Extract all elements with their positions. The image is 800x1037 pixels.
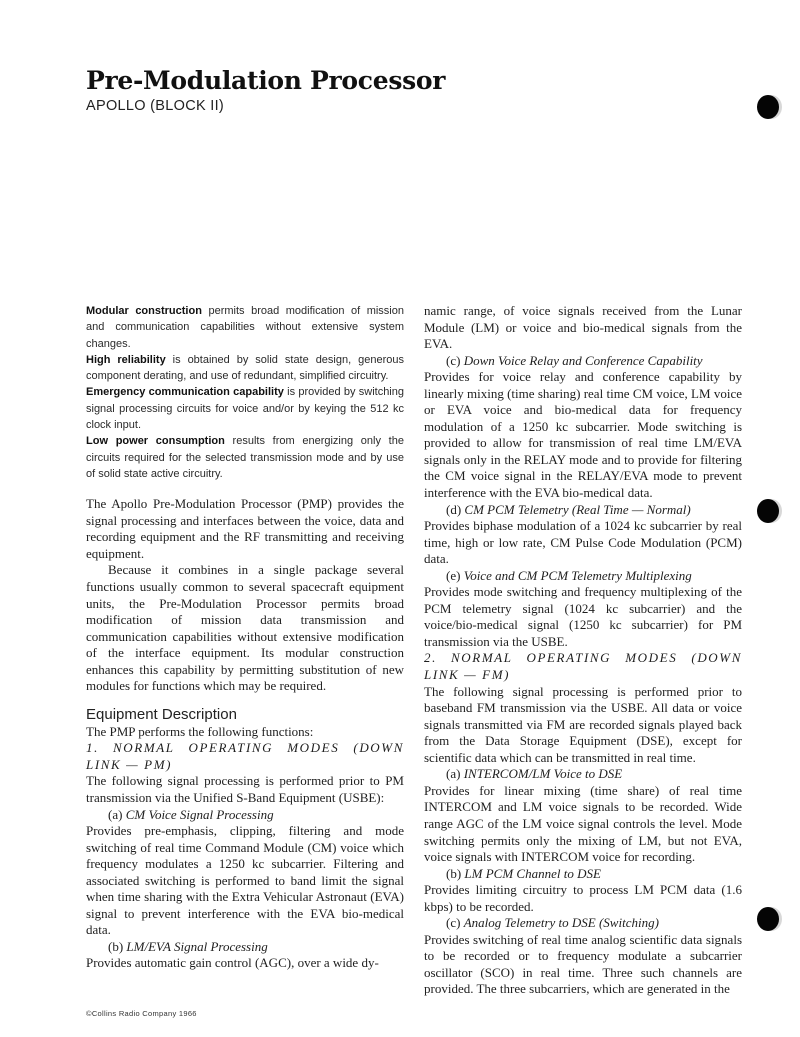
feature-item: Emergency communication capability is pr… [86,384,404,433]
equipment-lead: The PMP performs the following functions… [86,724,404,741]
feature-lead: Emergency communication capability [86,386,284,398]
item-text: Provides pre-emphasis, clipping, filteri… [86,823,404,939]
item-title: (a) INTERCOM/LM Voice to DSE [424,766,742,783]
item-text-continuation: namic range, of voice signals received f… [424,303,742,353]
subsection-heading: 1. NORMAL OPERATING MODES (DOWN LINK — P… [86,740,404,773]
item-title: (d) CM PCM Telemetry (Real Time — Normal… [424,502,742,519]
subsection-heading: 2. NORMAL OPERATING MODES (DOWN LINK — F… [424,650,742,683]
punch-hole-icon [757,907,779,931]
subsection-text: The following signal processing is perfo… [424,684,742,767]
item-label: (a) [108,807,122,822]
right-column: namic range, of voice signals received f… [424,303,742,998]
page-title: Pre-Modulation Processor [86,66,445,95]
item-label: (c) [446,915,460,930]
item-text-continued: Provides automatic gain control (AGC), o… [86,955,404,972]
item-label: (c) [446,353,460,368]
feature-item: Low power consumption results from energ… [86,433,404,482]
feature-lead: High reliability [86,354,166,366]
item-title-text: Down Voice Relay and Conference Capabili… [464,353,703,368]
item-label: (d) [446,502,461,517]
section-heading: Equipment Description [86,706,404,724]
feature-lead: Modular construction [86,305,202,317]
punch-hole-icon [757,499,779,523]
intro-paragraph: The Apollo Pre-Modulation Processor (PMP… [86,496,404,562]
item-title: (c) Down Voice Relay and Conference Capa… [424,353,742,370]
item-text: Provides mode switching and frequency mu… [424,584,742,650]
item-title-text: LM PCM Channel to DSE [464,866,601,881]
page-subtitle: APOLLO (BLOCK II) [86,98,224,114]
item-text: Provides switching of real time analog s… [424,932,742,998]
item-label: (e) [446,568,460,583]
item-title: (a) CM Voice Signal Processing [86,807,404,824]
features-list: Modular construction permits broad modif… [86,303,404,482]
item-text: Provides for linear mixing (time share) … [424,783,742,866]
intro-paragraph: Because it combines in a single package … [86,562,404,694]
item-label: (b) [108,939,123,954]
item-title-text: LM/EVA Signal Processing [126,939,267,954]
feature-item: Modular construction permits broad modif… [86,303,404,352]
feature-lead: Low power consumption [86,435,225,447]
copyright-footer: ©Collins Radio Company 1966 [86,1009,197,1018]
feature-item: High reliability is obtained by solid st… [86,352,404,385]
item-title-text: Analog Telemetry to DSE (Switching) [464,915,659,930]
item-title-text: INTERCOM/LM Voice to DSE [464,766,623,781]
item-title: (e) Voice and CM PCM Telemetry Multiplex… [424,568,742,585]
item-label: (b) [446,866,461,881]
item-title: (b) LM PCM Channel to DSE [424,866,742,883]
left-column: Modular construction permits broad modif… [86,303,404,972]
item-title: (b) LM/EVA Signal Processing [86,939,404,956]
item-label: (a) [446,766,460,781]
item-title-text: CM Voice Signal Processing [126,807,274,822]
item-title: (c) Analog Telemetry to DSE (Switching) [424,915,742,932]
item-text: Provides limiting circuitry to process L… [424,882,742,915]
item-title-text: CM PCM Telemetry (Real Time — Normal) [464,502,690,517]
item-text: Provides biphase modulation of a 1024 kc… [424,518,742,568]
item-title-text: Voice and CM PCM Telemetry Multiplexing [464,568,692,583]
punch-hole-icon [757,95,779,119]
subsection-text: The following signal processing is perfo… [86,773,404,806]
item-text: Provides for voice relay and conference … [424,369,742,501]
